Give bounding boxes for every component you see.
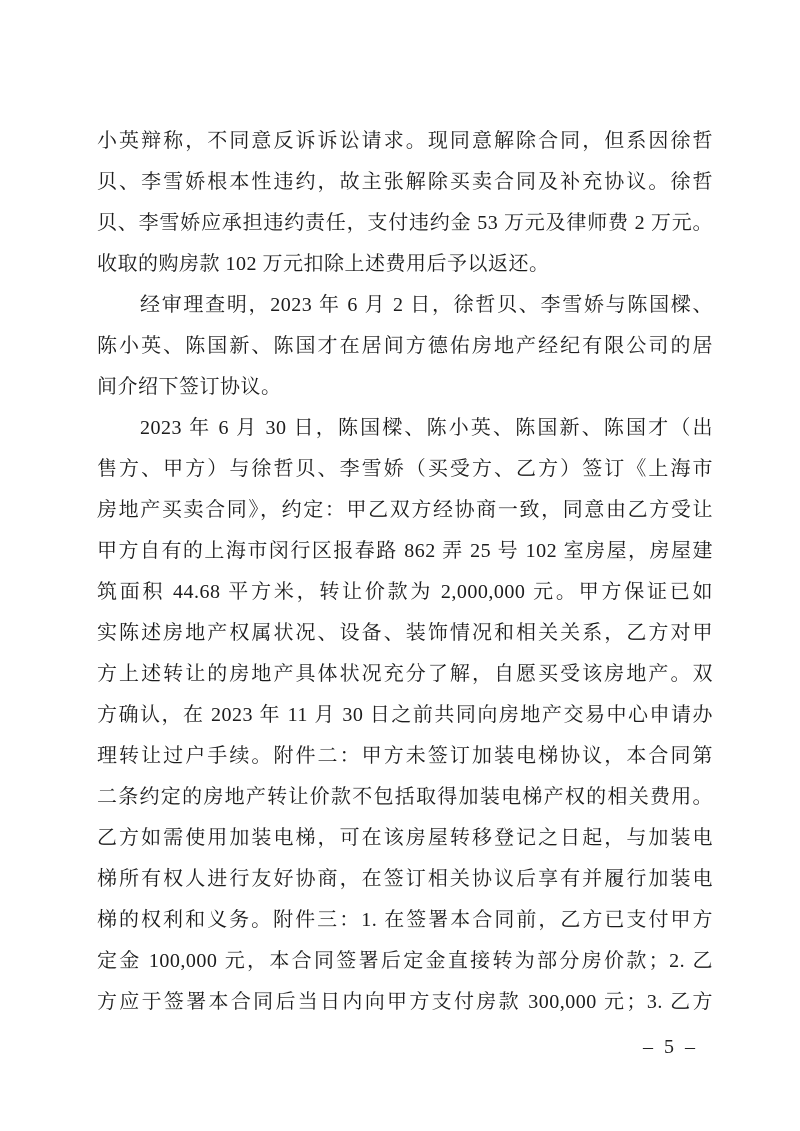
text-line: 收取的购房款 102 万元扣除上述费用后予以返还。	[97, 244, 713, 285]
text-line: 小英辩称，不同意反诉诉讼请求。现同意解除合同，但系因徐哲	[97, 121, 713, 162]
document-page: 小英辩称，不同意反诉诉讼请求。现同意解除合同，但系因徐哲贝、李雪娇根本性违约，故…	[0, 0, 800, 1131]
paragraph: 经审理查明，2023 年 6 月 2 日，徐哲贝、李雪娇与陈国樑、陈小英、陈国新…	[97, 285, 713, 408]
text-line: 二条约定的房地产转让价款不包括取得加装电梯产权的相关费用。	[97, 777, 713, 818]
text-line: 贝、李雪娇应承担违约责任，支付违约金 53 万元及律师费 2 万元。	[97, 203, 713, 244]
text-line: 梯所有权人进行友好协商，在签订相关协议后享有并履行加装电	[97, 859, 713, 900]
text-line: 甲方自有的上海市闵行区报春路 862 弄 25 号 102 室房屋，房屋建	[97, 531, 713, 572]
text-line: 实陈述房地产权属状况、设备、装饰情况和相关关系，乙方对甲	[97, 613, 713, 654]
text-line: 贝、李雪娇根本性违约，故主张解除买卖合同及补充协议。徐哲	[97, 162, 713, 203]
text-line: 方上述转让的房地产具体状况充分了解，自愿买受该房地产。双	[97, 654, 713, 695]
page-number: – 5 –	[643, 1036, 713, 1059]
text-line: 方应于签署本合同后当日内向甲方支付房款 300,000 元；3. 乙方	[97, 982, 713, 1023]
paragraph: 2023 年 6 月 30 日，陈国樑、陈小英、陈国新、陈国才（出售方、甲方）与…	[97, 408, 713, 1023]
text-line: 方确认，在 2023 年 11 月 30 日之前共同向房地产交易中心申请办	[97, 695, 713, 736]
text-line: 间介绍下签订协议。	[97, 367, 713, 408]
text-line: 经审理查明，2023 年 6 月 2 日，徐哲贝、李雪娇与陈国樑、	[97, 285, 713, 326]
text-line: 理转让过户手续。附件二：甲方未签订加装电梯协议，本合同第	[97, 736, 713, 777]
text-line: 梯的权利和义务。附件三：1. 在签署本合同前，乙方已支付甲方	[97, 900, 713, 941]
text-line: 乙方如需使用加装电梯，可在该房屋转移登记之日起，与加装电	[97, 818, 713, 859]
text-line: 筑面积 44.68 平方米，转让价款为 2,000,000 元。甲方保证已如	[97, 572, 713, 613]
text-line: 陈小英、陈国新、陈国才在居间方德佑房地产经纪有限公司的居	[97, 326, 713, 367]
text-line: 房地产买卖合同》，约定：甲乙双方经协商一致，同意由乙方受让	[97, 490, 713, 531]
paragraph: 小英辩称，不同意反诉诉讼请求。现同意解除合同，但系因徐哲贝、李雪娇根本性违约，故…	[97, 121, 713, 285]
document-body: 小英辩称，不同意反诉诉讼请求。现同意解除合同，但系因徐哲贝、李雪娇根本性违约，故…	[97, 121, 713, 1023]
text-line: 2023 年 6 月 30 日，陈国樑、陈小英、陈国新、陈国才（出	[97, 408, 713, 449]
text-line: 售方、甲方）与徐哲贝、李雪娇（买受方、乙方）签订《上海市	[97, 449, 713, 490]
text-line: 定金 100,000 元，本合同签署后定金直接转为部分房价款；2. 乙	[97, 941, 713, 982]
